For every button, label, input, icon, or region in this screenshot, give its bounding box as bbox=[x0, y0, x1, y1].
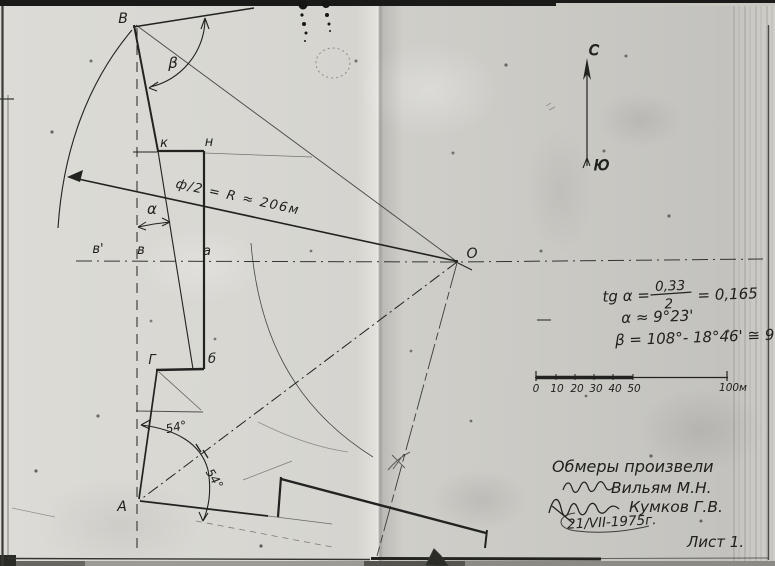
north-arrow: С Ю bbox=[583, 43, 609, 174]
scratch-3 bbox=[12, 508, 55, 517]
line-k-right-thin bbox=[204, 153, 312, 157]
arc-54-arrow-bottom bbox=[199, 512, 208, 521]
line-a-baseline bbox=[140, 501, 268, 516]
label-point-o: О bbox=[466, 246, 477, 262]
label-beta: β bbox=[167, 54, 178, 72]
scale-tick-40: 40 bbox=[608, 383, 622, 395]
survey-drawing: С Ю В к н в' в а О Г б А β α 54° 54° ф/2… bbox=[0, 0, 775, 566]
circle-scribble bbox=[316, 48, 350, 78]
label-b-prime: в' bbox=[92, 242, 103, 257]
ink-blots bbox=[299, 0, 556, 110]
pencil-mark bbox=[546, 103, 555, 110]
sheet-number: Лист 1. bbox=[686, 533, 744, 551]
label-alpha: α bbox=[147, 200, 157, 218]
scale-tick-0: 0 bbox=[533, 383, 540, 395]
line-o-a bbox=[140, 262, 457, 500]
label-54-lower: 54° bbox=[203, 466, 226, 491]
scale-bar: 0 10 20 30 40 50 100м bbox=[533, 371, 747, 395]
label-b-low: б bbox=[208, 352, 216, 367]
line-b-upper-right bbox=[133, 8, 254, 27]
arc-left-r-circle bbox=[58, 30, 132, 228]
label-g: Г bbox=[148, 353, 157, 368]
arc-54 bbox=[141, 425, 210, 521]
line-lower-diag bbox=[159, 372, 201, 410]
north-label: С bbox=[589, 43, 599, 59]
label-k-right: н bbox=[205, 135, 214, 150]
line-o-down bbox=[377, 263, 457, 556]
line-g-a bbox=[139, 371, 157, 499]
wall-long-segment bbox=[281, 479, 486, 533]
scale-tick-50: 50 bbox=[627, 383, 641, 395]
label-a-axis: а bbox=[203, 244, 211, 259]
point-o-dot bbox=[455, 260, 458, 263]
formulas-block: tg α = 0,33 2 = 0,165 α ≈ 9°23' β = 108°… bbox=[602, 274, 775, 350]
label-point-a: А bbox=[116, 499, 127, 515]
line-b-k bbox=[134, 25, 158, 151]
line-o-stub bbox=[458, 263, 472, 270]
label-b: в bbox=[137, 243, 145, 258]
centerline-dash-dot bbox=[76, 259, 763, 262]
label-54-upper: 54° bbox=[164, 418, 188, 436]
formula-tg-prefix: tg α = bbox=[602, 286, 650, 306]
scale-end-label: 100м bbox=[719, 382, 747, 394]
scratch-2 bbox=[243, 461, 292, 480]
scratch-dash-1 bbox=[196, 521, 332, 547]
signature-name-1: Вильям М.Н. bbox=[611, 479, 712, 497]
formula-result: = 0,165 bbox=[697, 284, 758, 304]
signature-date: 21/VII-1975г. bbox=[567, 512, 657, 533]
scale-tick-20: 20 bbox=[570, 383, 584, 395]
line-a-baseline-ext bbox=[268, 516, 332, 524]
label-radius: ф/2 = R ≈ 206м bbox=[174, 177, 301, 219]
angle-annotations bbox=[138, 18, 210, 521]
line-lower-thin bbox=[136, 411, 203, 412]
wall-step-vertical bbox=[278, 477, 281, 517]
scanned-survey-sheet: С Ю В к н в' в а О Г б А β α 54° 54° ф/2… bbox=[0, 0, 775, 566]
scale-tick-10: 10 bbox=[550, 383, 564, 395]
signature-heading: Обмеры произвели bbox=[552, 457, 713, 476]
south-label: Ю bbox=[594, 158, 609, 174]
signature-block: Обмеры произвели Вильям М.Н. Кумков Г.В.… bbox=[549, 457, 744, 551]
signature-squiggle-1 bbox=[563, 482, 614, 493]
label-point-b: В bbox=[118, 11, 128, 27]
formula-alpha-line: α ≈ 9°23' bbox=[621, 307, 694, 328]
cross-mark bbox=[388, 452, 410, 470]
line-radius-r bbox=[69, 177, 456, 261]
label-k-left: к bbox=[160, 136, 168, 151]
arc-mid-r bbox=[251, 243, 373, 457]
formula-beta-line: β = 108°- 18°46' ≅ 90° bbox=[614, 325, 775, 349]
line-rect-bottom bbox=[156, 369, 204, 370]
scale-tick-30: 30 bbox=[589, 383, 603, 395]
arc-mid-scratch bbox=[258, 422, 348, 452]
